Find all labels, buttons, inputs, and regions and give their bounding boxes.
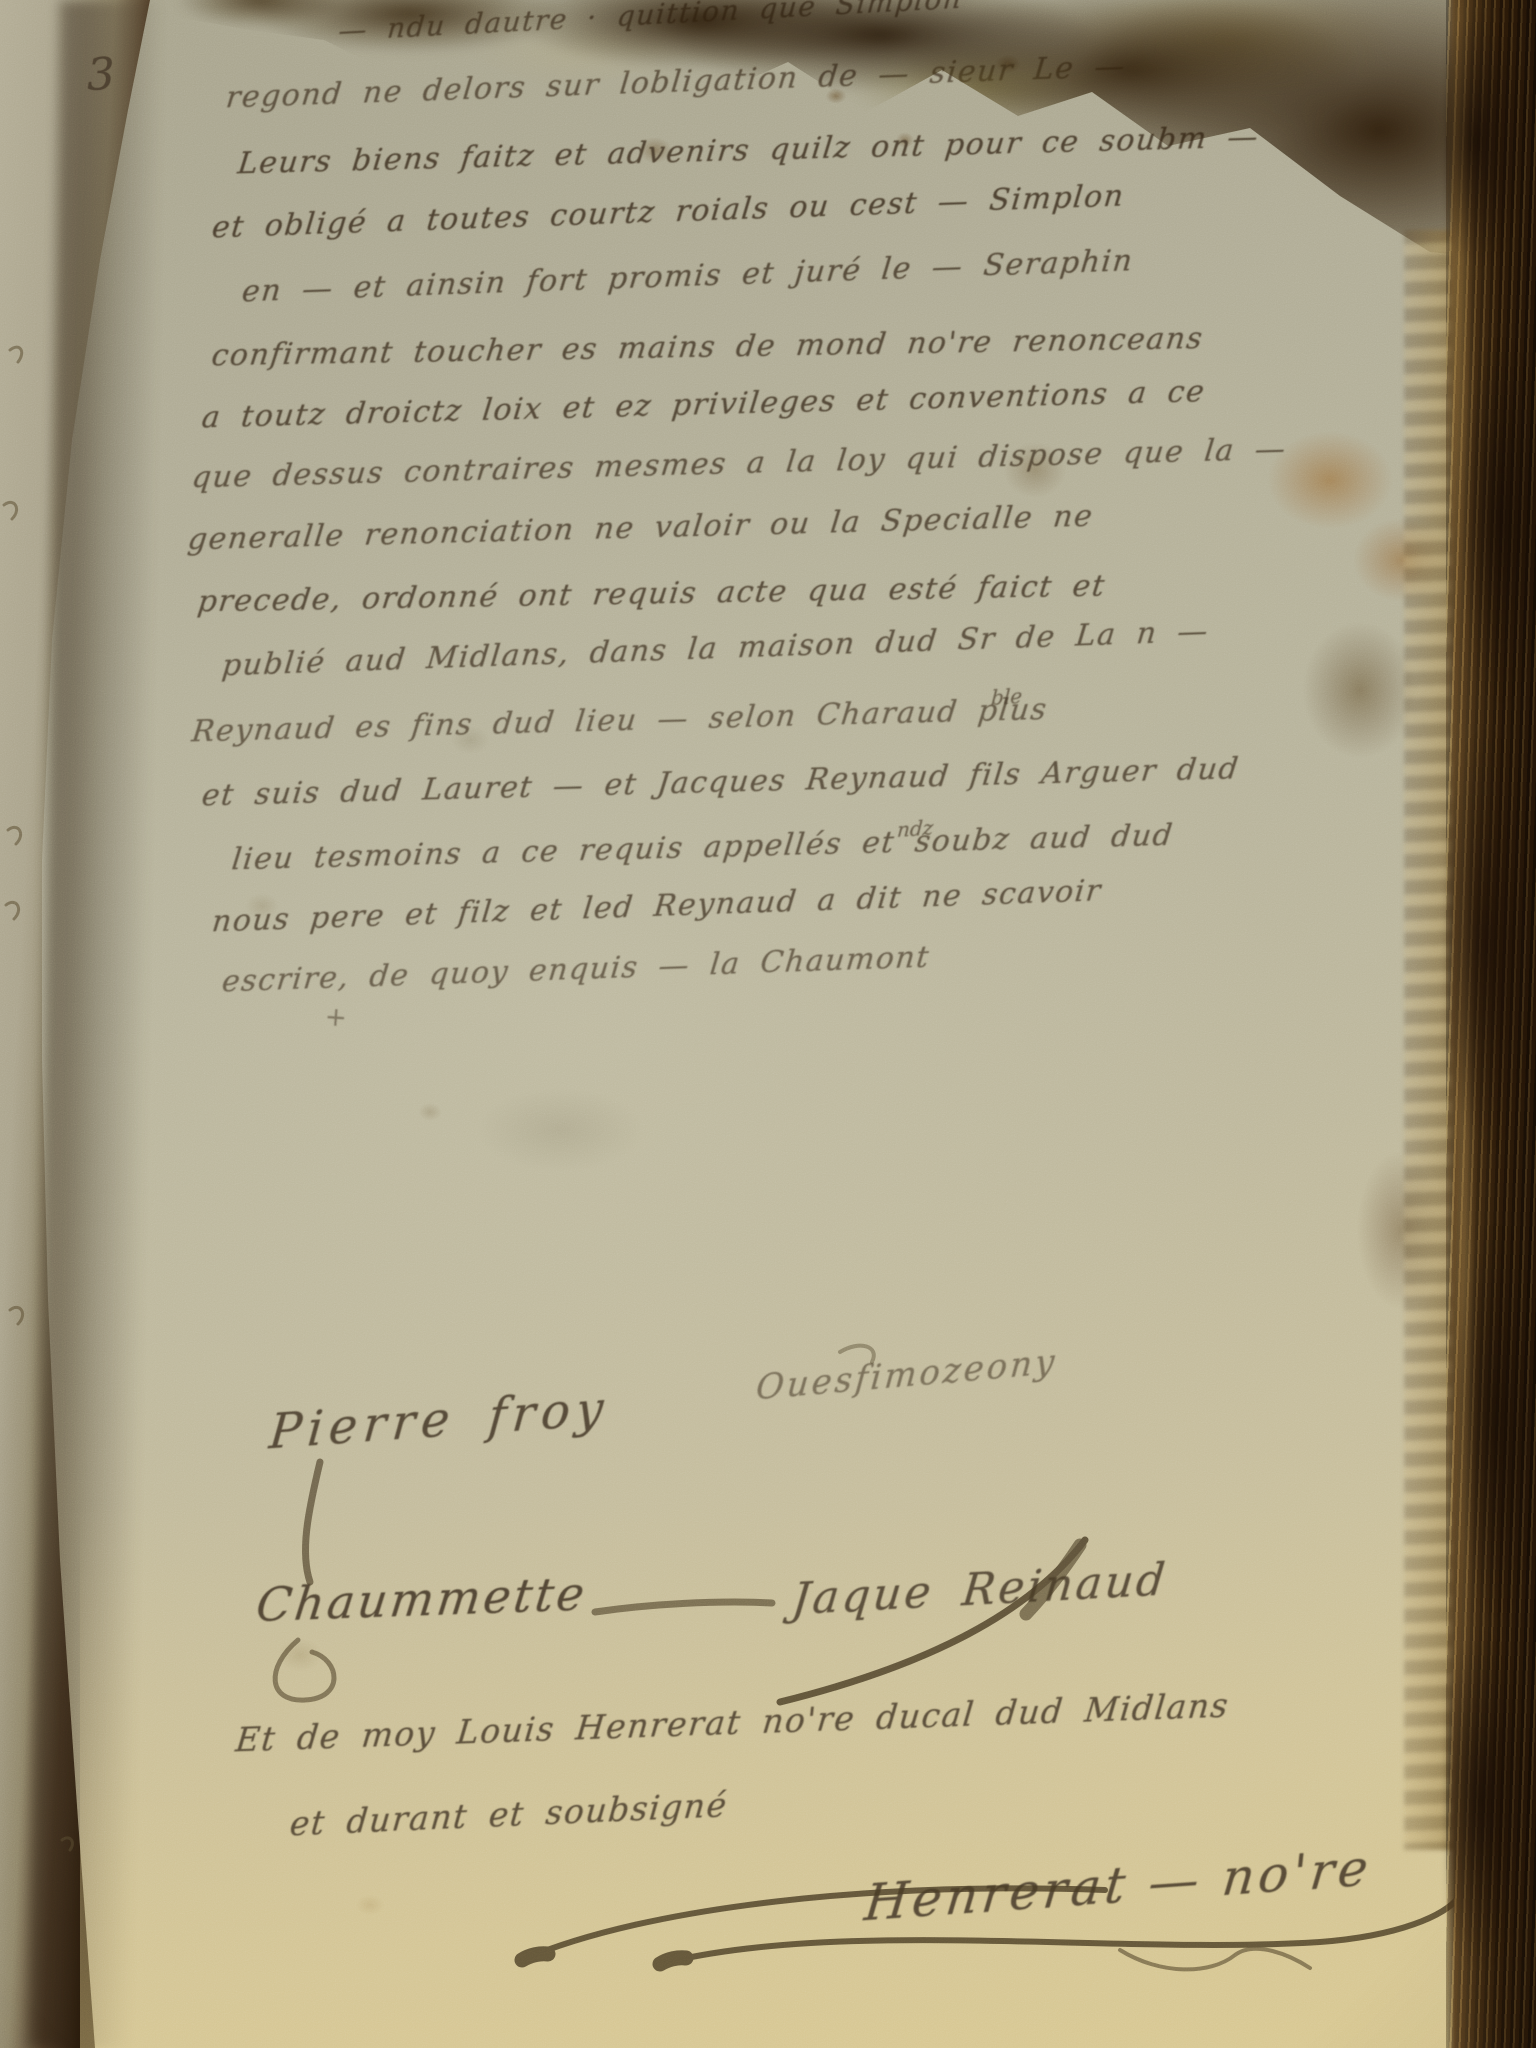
manuscript-photo: 3 — ndu dautre · quittion que Simplon re… bbox=[0, 0, 1536, 2048]
binding-edge bbox=[1446, 0, 1536, 2048]
interline-abbreviation: ble bbox=[990, 684, 1023, 710]
interline-cross-mark: + bbox=[324, 1002, 348, 1033]
page-number: 3 bbox=[86, 49, 116, 101]
interline-abbreviation: ndz bbox=[896, 815, 934, 842]
binding-fiber-texture bbox=[1446, 0, 1536, 2048]
